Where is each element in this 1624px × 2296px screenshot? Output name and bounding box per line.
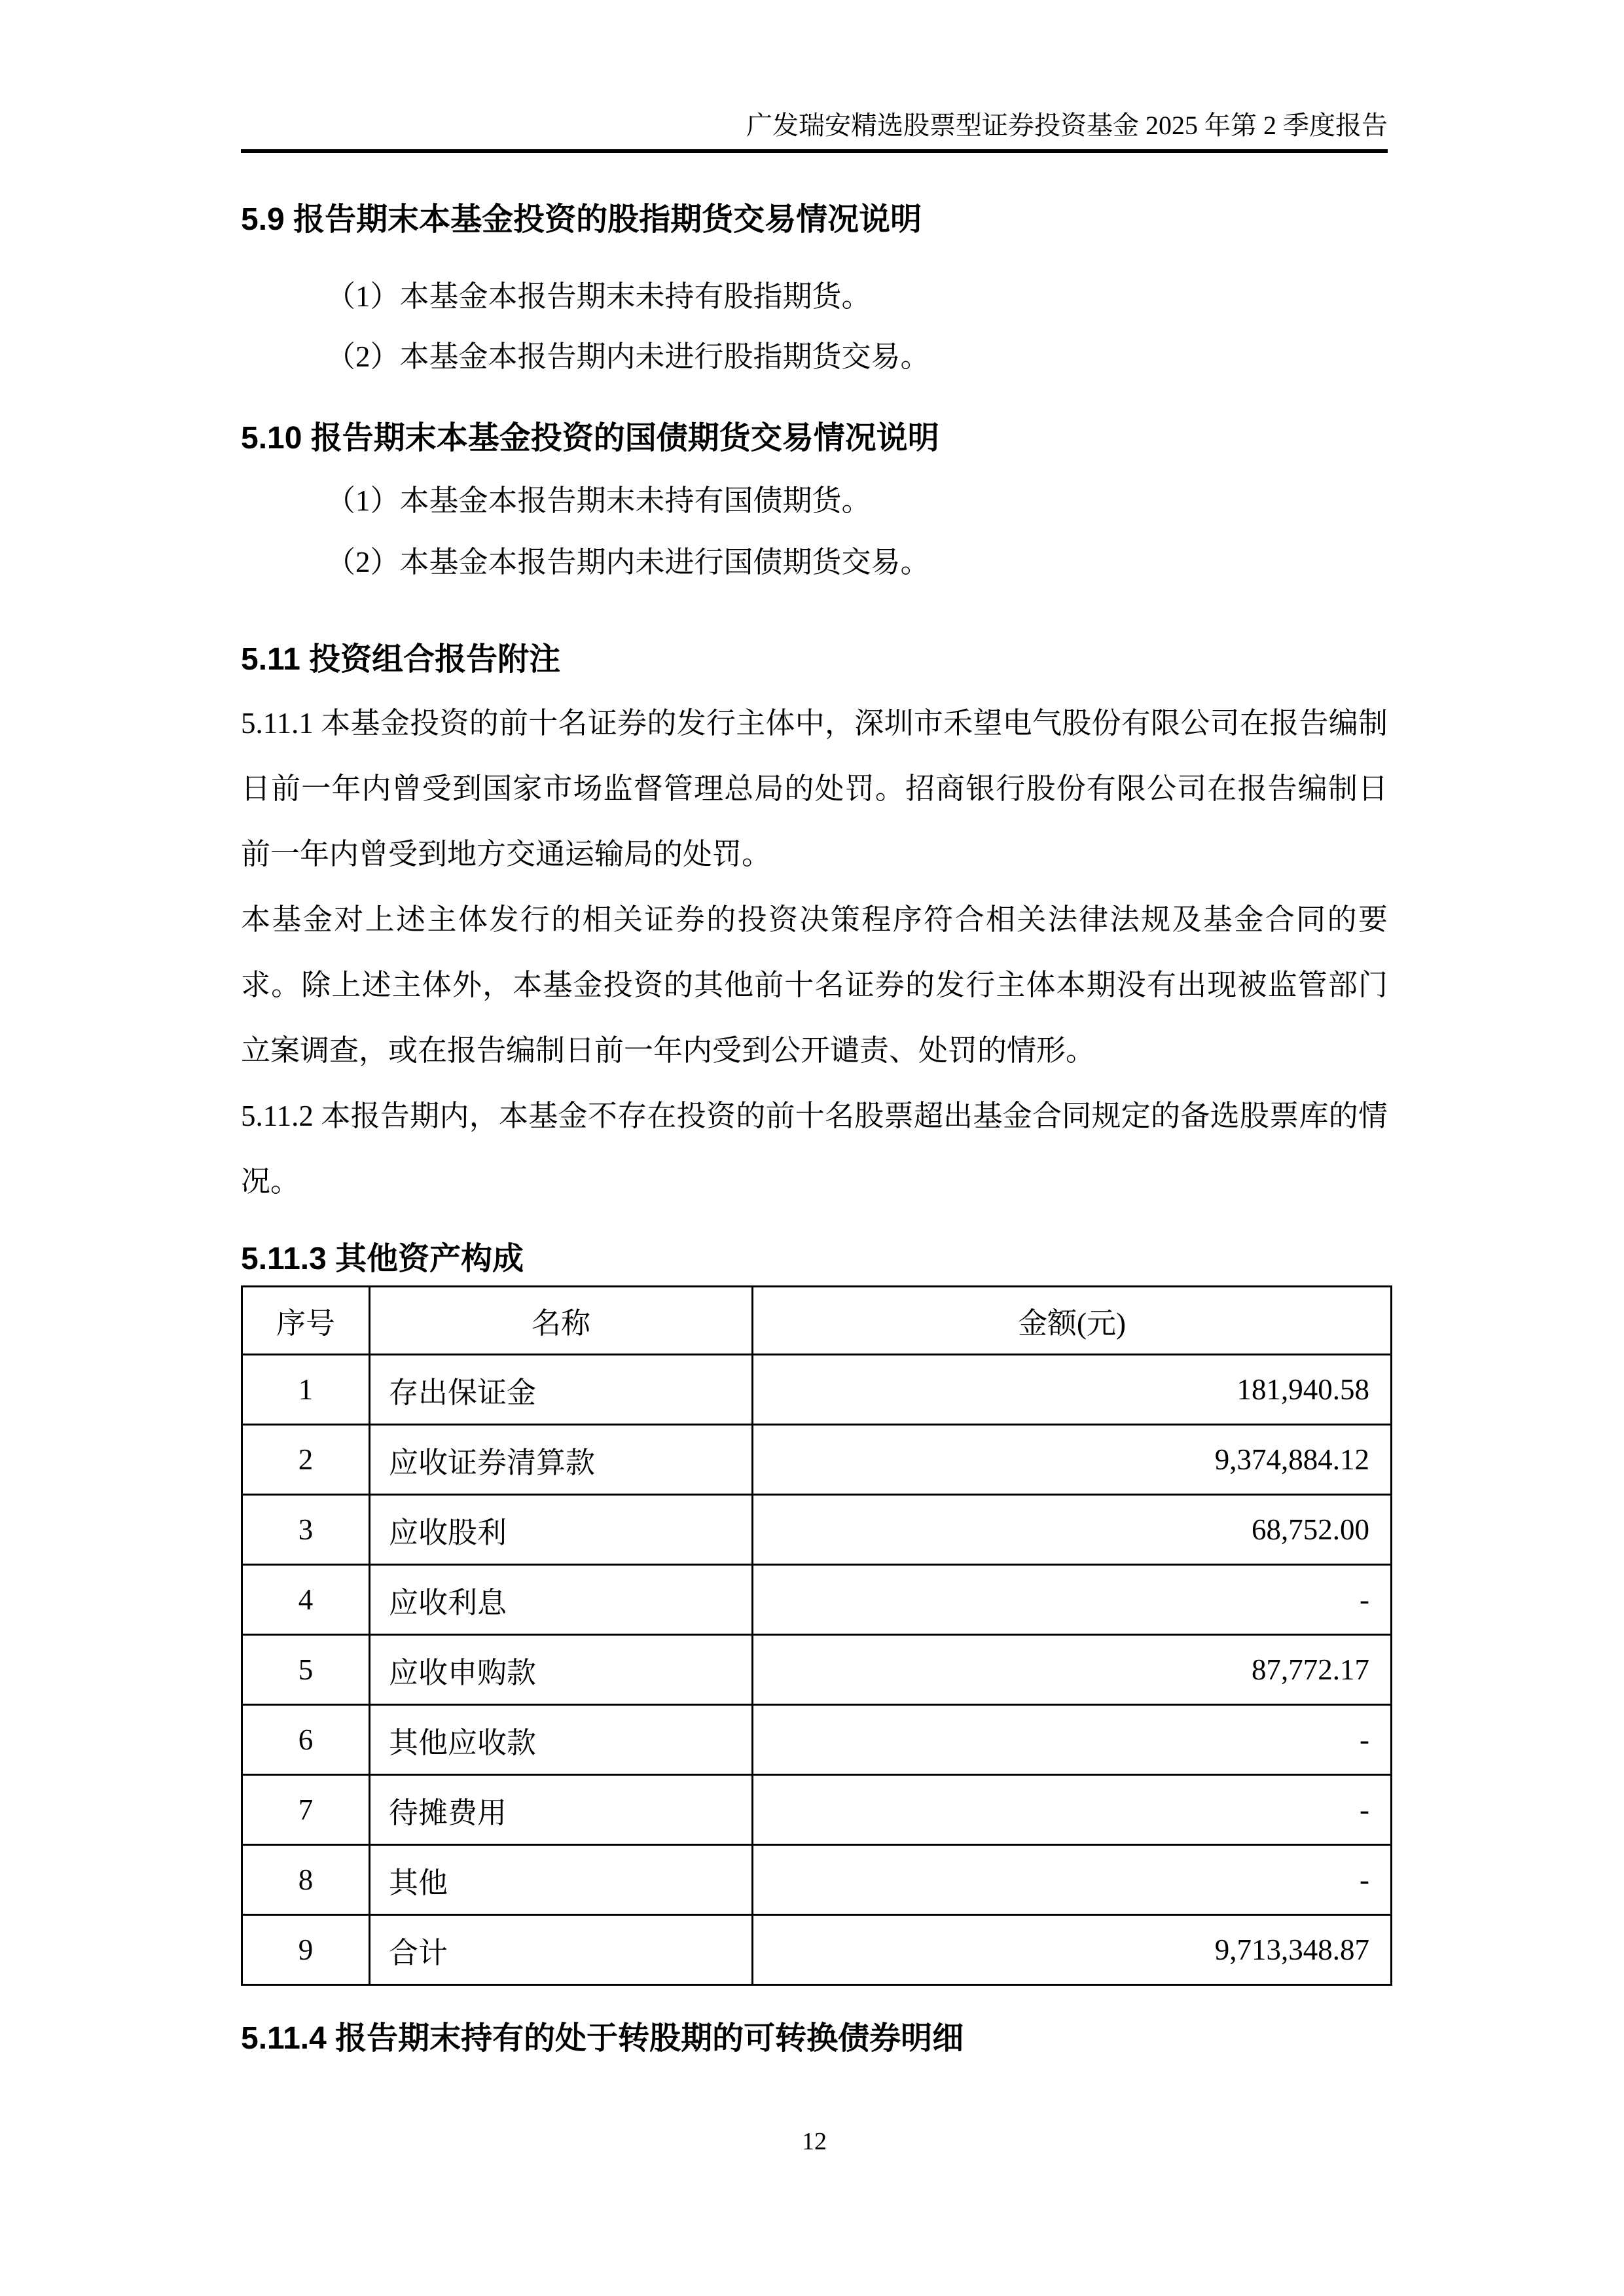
row-amount: 87,772.17 bbox=[753, 1635, 1392, 1705]
col-header-index: 序号 bbox=[242, 1287, 370, 1355]
paragraph-5-11-1-decision: 本基金对上述主体发行的相关证券的投资决策程序符合相关法律法规及基金合同的要求。除… bbox=[241, 887, 1388, 1083]
row-index: 5 bbox=[242, 1635, 370, 1705]
table-row: 5 应收申购款 87,772.17 bbox=[242, 1635, 1392, 1705]
row-amount: - bbox=[753, 1705, 1392, 1775]
row-name: 存出保证金 bbox=[370, 1355, 753, 1425]
row-index: 3 bbox=[242, 1495, 370, 1565]
row-amount: 68,752.00 bbox=[753, 1495, 1392, 1565]
row-name: 其他应收款 bbox=[370, 1705, 753, 1775]
section-5-10-item-2: （2）本基金本报告期内未进行国债期货交易。 bbox=[326, 547, 1388, 577]
row-amount: - bbox=[753, 1775, 1392, 1845]
row-name: 其他 bbox=[370, 1845, 753, 1915]
row-index: 9 bbox=[242, 1915, 370, 1985]
row-name: 待摊费用 bbox=[370, 1775, 753, 1845]
section-5-9-heading: 5.9 报告期末本基金投资的股指期货交易情况说明 bbox=[241, 203, 1388, 237]
table-header-row: 序号 名称 金额(元) bbox=[242, 1287, 1392, 1355]
section-5-9-item-2: （2）本基金本报告期内未进行股指期货交易。 bbox=[326, 342, 1388, 372]
row-index: 7 bbox=[242, 1775, 370, 1845]
section-5-11-3-heading: 5.11.3 其他资产构成 bbox=[241, 1242, 1388, 1276]
row-name: 应收申购款 bbox=[370, 1635, 753, 1705]
row-index: 4 bbox=[242, 1565, 370, 1635]
col-header-amount: 金额(元) bbox=[753, 1287, 1392, 1355]
section-5-11-heading: 5.11 投资组合报告附注 bbox=[241, 643, 1388, 677]
document-header-title: 广发瑞安精选股票型证券投资基金 2025 年第 2 季度报告 bbox=[241, 111, 1388, 140]
table-row: 2 应收证券清算款 9,374,884.12 bbox=[242, 1425, 1392, 1495]
section-5-9-item-1: （1）本基金本报告期末未持有股指期货。 bbox=[326, 281, 1388, 312]
section-5-10-heading: 5.10 报告期末本基金投资的国债期货交易情况说明 bbox=[241, 422, 1388, 456]
other-assets-table: 序号 名称 金额(元) 1 存出保证金 181,940.58 2 应收证券清算款… bbox=[241, 1285, 1392, 1986]
header-divider bbox=[241, 149, 1388, 153]
paragraph-5-11-1: 5.11.1 本基金投资的前十名证券的发行主体中，深圳市禾望电气股份有限公司在报… bbox=[241, 691, 1388, 887]
section-5-11-4-heading: 5.11.4 报告期末持有的处于转股期的可转换债券明细 bbox=[241, 2022, 1388, 2056]
row-name: 合计 bbox=[370, 1915, 753, 1985]
table-row: 8 其他 - bbox=[242, 1845, 1392, 1915]
table-row: 9 合计 9,713,348.87 bbox=[242, 1915, 1392, 1985]
row-index: 6 bbox=[242, 1705, 370, 1775]
row-amount: 9,713,348.87 bbox=[753, 1915, 1392, 1985]
table-row: 6 其他应收款 - bbox=[242, 1705, 1392, 1775]
table-row: 1 存出保证金 181,940.58 bbox=[242, 1355, 1392, 1425]
table-row: 4 应收利息 - bbox=[242, 1565, 1392, 1635]
section-5-10-item-1: （1）本基金本报告期末未持有国债期货。 bbox=[326, 486, 1388, 516]
table-row: 3 应收股利 68,752.00 bbox=[242, 1495, 1392, 1565]
row-name: 应收股利 bbox=[370, 1495, 753, 1565]
col-header-name: 名称 bbox=[370, 1287, 753, 1355]
row-index: 8 bbox=[242, 1845, 370, 1915]
row-name: 应收利息 bbox=[370, 1565, 753, 1635]
table-row: 7 待摊费用 - bbox=[242, 1775, 1392, 1845]
row-index: 2 bbox=[242, 1425, 370, 1495]
page-number: 12 bbox=[241, 2128, 1388, 2155]
row-amount: - bbox=[753, 1565, 1392, 1635]
row-index: 1 bbox=[242, 1355, 370, 1425]
row-amount: 181,940.58 bbox=[753, 1355, 1392, 1425]
paragraph-5-11-2: 5.11.2 本报告期内，本基金不存在投资的前十名股票超出基金合同规定的备选股票… bbox=[241, 1083, 1388, 1214]
row-name: 应收证券清算款 bbox=[370, 1425, 753, 1495]
report-page: 广发瑞安精选股票型证券投资基金 2025 年第 2 季度报告 5.9 报告期末本… bbox=[0, 0, 1624, 2296]
row-amount: 9,374,884.12 bbox=[753, 1425, 1392, 1495]
row-amount: - bbox=[753, 1845, 1392, 1915]
